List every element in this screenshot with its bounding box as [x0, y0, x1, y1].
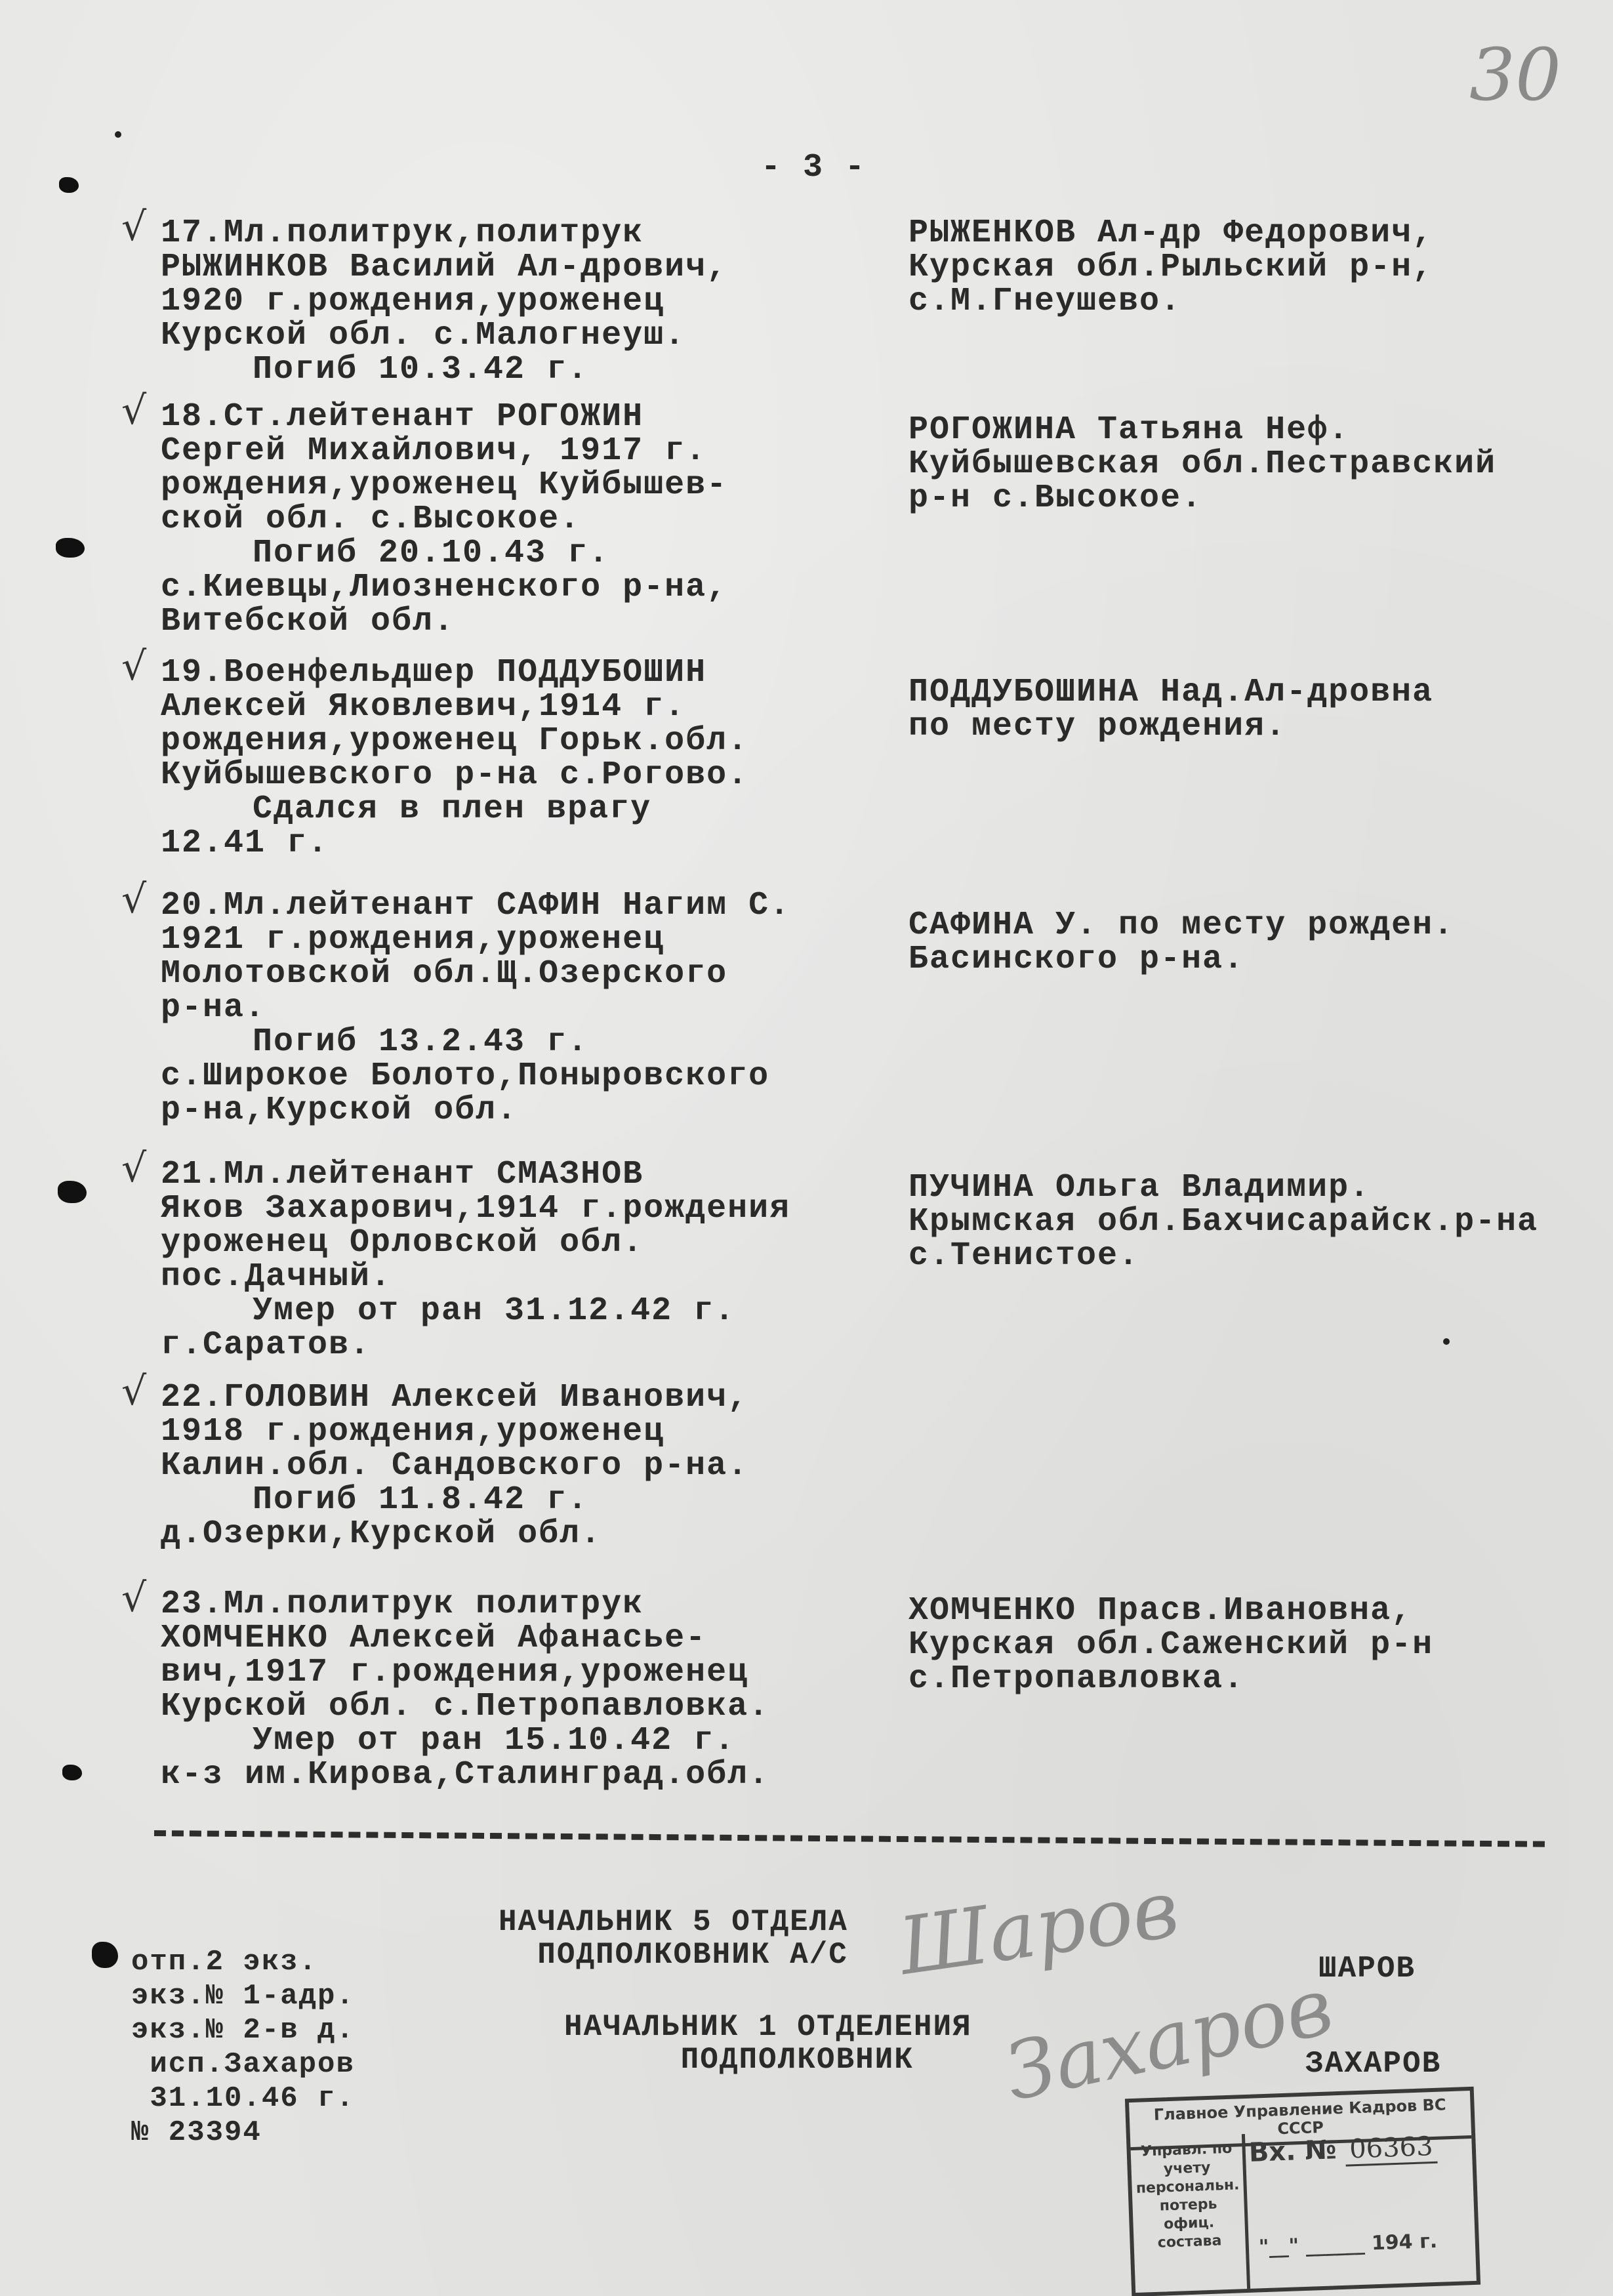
- stamp-left-line: персональн.: [1132, 2176, 1244, 2198]
- stamp-department: Управл. поучетуперсональн.потерьофиц.сос…: [1130, 2134, 1250, 2293]
- stamp-left-line: состава: [1133, 2231, 1246, 2253]
- entry-line: 17.Мл.политрук,политрук: [161, 216, 727, 251]
- punch-hole: [92, 1942, 118, 1968]
- entry-line: Молотовской обл.Щ.Озерского: [161, 957, 790, 991]
- entry-fate: Погиб 11.8.42 г.: [161, 1483, 748, 1517]
- kin-line: ПУЧИНА Ольга Владимир.: [909, 1171, 1538, 1205]
- entry-line: 20.Мл.лейтенант САФИН Нагим С.: [161, 889, 790, 923]
- copy-line: отп.2 экз.: [131, 1945, 355, 1979]
- entry-line: 1918 г.рождения,уроженец: [161, 1415, 748, 1449]
- casualty-entry: √21.Мл.лейтенант СМАЗНОВЯков Захарович,1…: [161, 1158, 790, 1363]
- kin-line: по месту рождения.: [909, 710, 1433, 744]
- kin-line: Крымская обл.Бахчисарайск.р-на: [909, 1205, 1538, 1239]
- entry-line: ской обл. с.Высокое.: [161, 502, 727, 537]
- kin-line: Курская обл.Саженский р-н: [909, 1628, 1433, 1662]
- entry-place: г.Саратов.: [161, 1328, 790, 1363]
- kin-line: РОГОЖИНА Татьяна Неф.: [909, 413, 1496, 447]
- entry-fate: Погиб 20.10.43 г.: [161, 537, 727, 571]
- entry-fate: Погиб 10.3.42 г.: [161, 353, 727, 387]
- checkmark-icon: √: [121, 1151, 148, 1185]
- stamp-incoming-label: Вх. №: [1248, 2135, 1337, 2168]
- kin-line: ХОМЧЕНКО Прасв.Ивановна,: [909, 1594, 1433, 1628]
- next-of-kin: САФИНА У. по месту рожден.Басинского р-н…: [909, 909, 1454, 977]
- entry-line: 19.Военфельдшер ПОДДУБОШИН: [161, 656, 748, 690]
- entry-line: рождения,уроженец Куйбышев-: [161, 468, 727, 502]
- entry-line: 22.ГОЛОВИН Алексей Иванович,: [161, 1381, 748, 1415]
- entry-line: ХОМЧЕНКО Алексей Афанасье-: [161, 1622, 769, 1656]
- entry-line: р-на.: [161, 991, 790, 1025]
- entry-line: 1920 г.рождения,уроженец: [161, 285, 727, 319]
- next-of-kin: ХОМЧЕНКО Прасв.Ивановна,Курская обл.Саже…: [909, 1594, 1433, 1696]
- copy-line: экз.№ 1-адр.: [131, 1979, 355, 2013]
- dashed-divider: [154, 1830, 1545, 1847]
- next-of-kin: РОГОЖИНА Татьяна Неф.Куйбышевская обл.Пе…: [909, 413, 1496, 516]
- checkmark-icon: √: [121, 649, 148, 684]
- entry-place: с.Широкое Болото,Поныровского: [161, 1059, 790, 1094]
- document-page: 30 - 3 - √17.Мл.политрук,политрукРЫЖИНКО…: [0, 0, 1613, 2296]
- checkmark-icon: √: [121, 210, 148, 244]
- entry-line: 23.Мл.политрук политрук: [161, 1588, 769, 1622]
- entry-line: 1921 г.рождения,уроженец: [161, 923, 790, 957]
- kin-line: с.Петропавловка.: [909, 1662, 1433, 1696]
- copies-distribution: отп.2 экз.экз.№ 1-адр.экз.№ 2-в д. исп.З…: [131, 1945, 355, 2150]
- entry-line: Курской обл. с.Малогнеуш.: [161, 319, 727, 353]
- entry-fate: Умер от ран 15.10.42 г.: [161, 1724, 769, 1758]
- entry-place: к-з им.Кирова,Сталинград.обл.: [161, 1758, 769, 1792]
- entry-place: 12.41 г.: [161, 827, 748, 861]
- entry-fate: Умер от ран 31.12.42 г.: [161, 1294, 790, 1328]
- entry-line: 21.Мл.лейтенант СМАЗНОВ: [161, 1158, 790, 1192]
- entry-place: р-на,Курской обл.: [161, 1094, 790, 1128]
- ink-speck: [115, 131, 121, 138]
- signer2-title: НАЧАЛЬНИК 1 ОТДЕЛЕНИЯ ПОДПОЛКОВНИК: [564, 2011, 972, 2076]
- entry-line: уроженец Орловской обл.: [161, 1226, 790, 1260]
- entry-line: Сергей Михайлович, 1917 г.: [161, 434, 727, 468]
- stamp-left-line: Управл. по: [1130, 2139, 1242, 2162]
- stamp-incoming-value: 06363: [1345, 2131, 1437, 2167]
- punch-hole: [62, 1765, 82, 1780]
- stamp-date-line: "__" ______ 194 г.: [1258, 2230, 1437, 2259]
- signature-sharov: Шаров: [893, 1864, 1184, 1993]
- checkmark-icon: √: [121, 394, 148, 428]
- copy-line: исп.Захаров: [131, 2047, 355, 2081]
- kin-line: САФИНА У. по месту рожден.: [909, 909, 1454, 943]
- casualty-entry: √20.Мл.лейтенант САФИН Нагим С.1921 г.ро…: [161, 889, 790, 1128]
- entry-place: Витебской обл.: [161, 605, 727, 639]
- punch-hole: [58, 1181, 87, 1203]
- kin-line: с.Тенистое.: [909, 1239, 1538, 1273]
- checkmark-icon: √: [121, 1581, 148, 1615]
- entry-place: д.Озерки,Курской обл.: [161, 1517, 748, 1551]
- copy-line: экз.№ 2-в д.: [131, 2013, 355, 2047]
- entry-line: Калин.обл. Сандовского р-на.: [161, 1449, 748, 1483]
- signer1-name: ШАРОВ: [1318, 1952, 1416, 1986]
- entry-line: РЫЖИНКОВ Василий Ал-дрович,: [161, 251, 727, 285]
- punch-hole: [59, 177, 79, 193]
- casualty-entry: √18.Ст.лейтенант РОГОЖИНСергей Михайлови…: [161, 400, 727, 639]
- entry-line: Куйбышевского р-на с.Рогово.: [161, 758, 748, 792]
- stamp-registration: Вх. № 06363 "__" ______ 194 г.: [1248, 2130, 1473, 2289]
- next-of-kin: РЫЖЕНКОВ Ал-др Федорович,Курская обл.Рыл…: [909, 216, 1433, 319]
- kin-line: Басинского р-на.: [909, 943, 1454, 977]
- next-of-kin: ПОДДУБОШИНА Над.Ал-дровнапо месту рожден…: [909, 676, 1433, 744]
- kin-line: с.М.Гнеушево.: [909, 285, 1433, 319]
- kin-line: Курская обл.Рыльский р-н,: [909, 251, 1433, 285]
- casualty-entry: √19.Военфельдшер ПОДДУБОШИНАлексей Яковл…: [161, 656, 748, 861]
- entry-line: 18.Ст.лейтенант РОГОЖИН: [161, 400, 727, 434]
- kin-line: ПОДДУБОШИНА Над.Ал-дровна: [909, 676, 1433, 710]
- entry-fate: Сдался в плен врагу: [161, 792, 748, 827]
- stamp-department-text: Управл. поучетуперсональн.потерьофиц.сос…: [1130, 2139, 1246, 2253]
- casualty-entry: √17.Мл.политрук,политрукРЫЖИНКОВ Василий…: [161, 216, 727, 387]
- entry-line: рождения,уроженец Горьк.обл.: [161, 724, 748, 758]
- entry-line: Алексей Яковлевич,1914 г.: [161, 690, 748, 724]
- entry-line: Курской обл. с.Петропавловка.: [161, 1690, 769, 1724]
- copy-line: 31.10.46 г.: [131, 2081, 355, 2116]
- checkmark-icon: √: [121, 1374, 148, 1408]
- entry-line: Яков Захарович,1914 г.рождения: [161, 1192, 790, 1226]
- next-of-kin: ПУЧИНА Ольга Владимир.Крымская обл.Бахчи…: [909, 1171, 1538, 1273]
- casualty-entry: √22.ГОЛОВИН Алексей Иванович,1918 г.рожд…: [161, 1381, 748, 1551]
- kin-line: р-н с.Высокое.: [909, 482, 1496, 516]
- entry-fate: Погиб 13.2.43 г.: [161, 1025, 790, 1059]
- archive-sheet-number: 30: [1469, 33, 1561, 117]
- entry-place: с.Киевцы,Лиозненского р-на,: [161, 571, 727, 605]
- signer1-title: НАЧАЛЬНИК 5 ОТДЕЛА ПОДПОЛКОВНИК А/С: [499, 1906, 848, 1971]
- registration-stamp: Главное Управление Кадров ВС СССР Управл…: [1125, 2087, 1480, 2296]
- punch-hole: [56, 538, 85, 558]
- copy-line: № 23394: [131, 2116, 355, 2150]
- ink-speck: [1443, 1338, 1450, 1345]
- entry-line: пос.Дачный.: [161, 1260, 790, 1294]
- kin-line: РЫЖЕНКОВ Ал-др Федорович,: [909, 216, 1433, 251]
- kin-line: Куйбышевская обл.Пестравский: [909, 447, 1496, 482]
- casualty-entry: √23.Мл.политрук политрукХОМЧЕНКО Алексей…: [161, 1588, 769, 1792]
- entry-line: вич,1917 г.рождения,уроженец: [161, 1656, 769, 1690]
- page-number: - 3 -: [761, 151, 866, 185]
- checkmark-icon: √: [121, 882, 148, 916]
